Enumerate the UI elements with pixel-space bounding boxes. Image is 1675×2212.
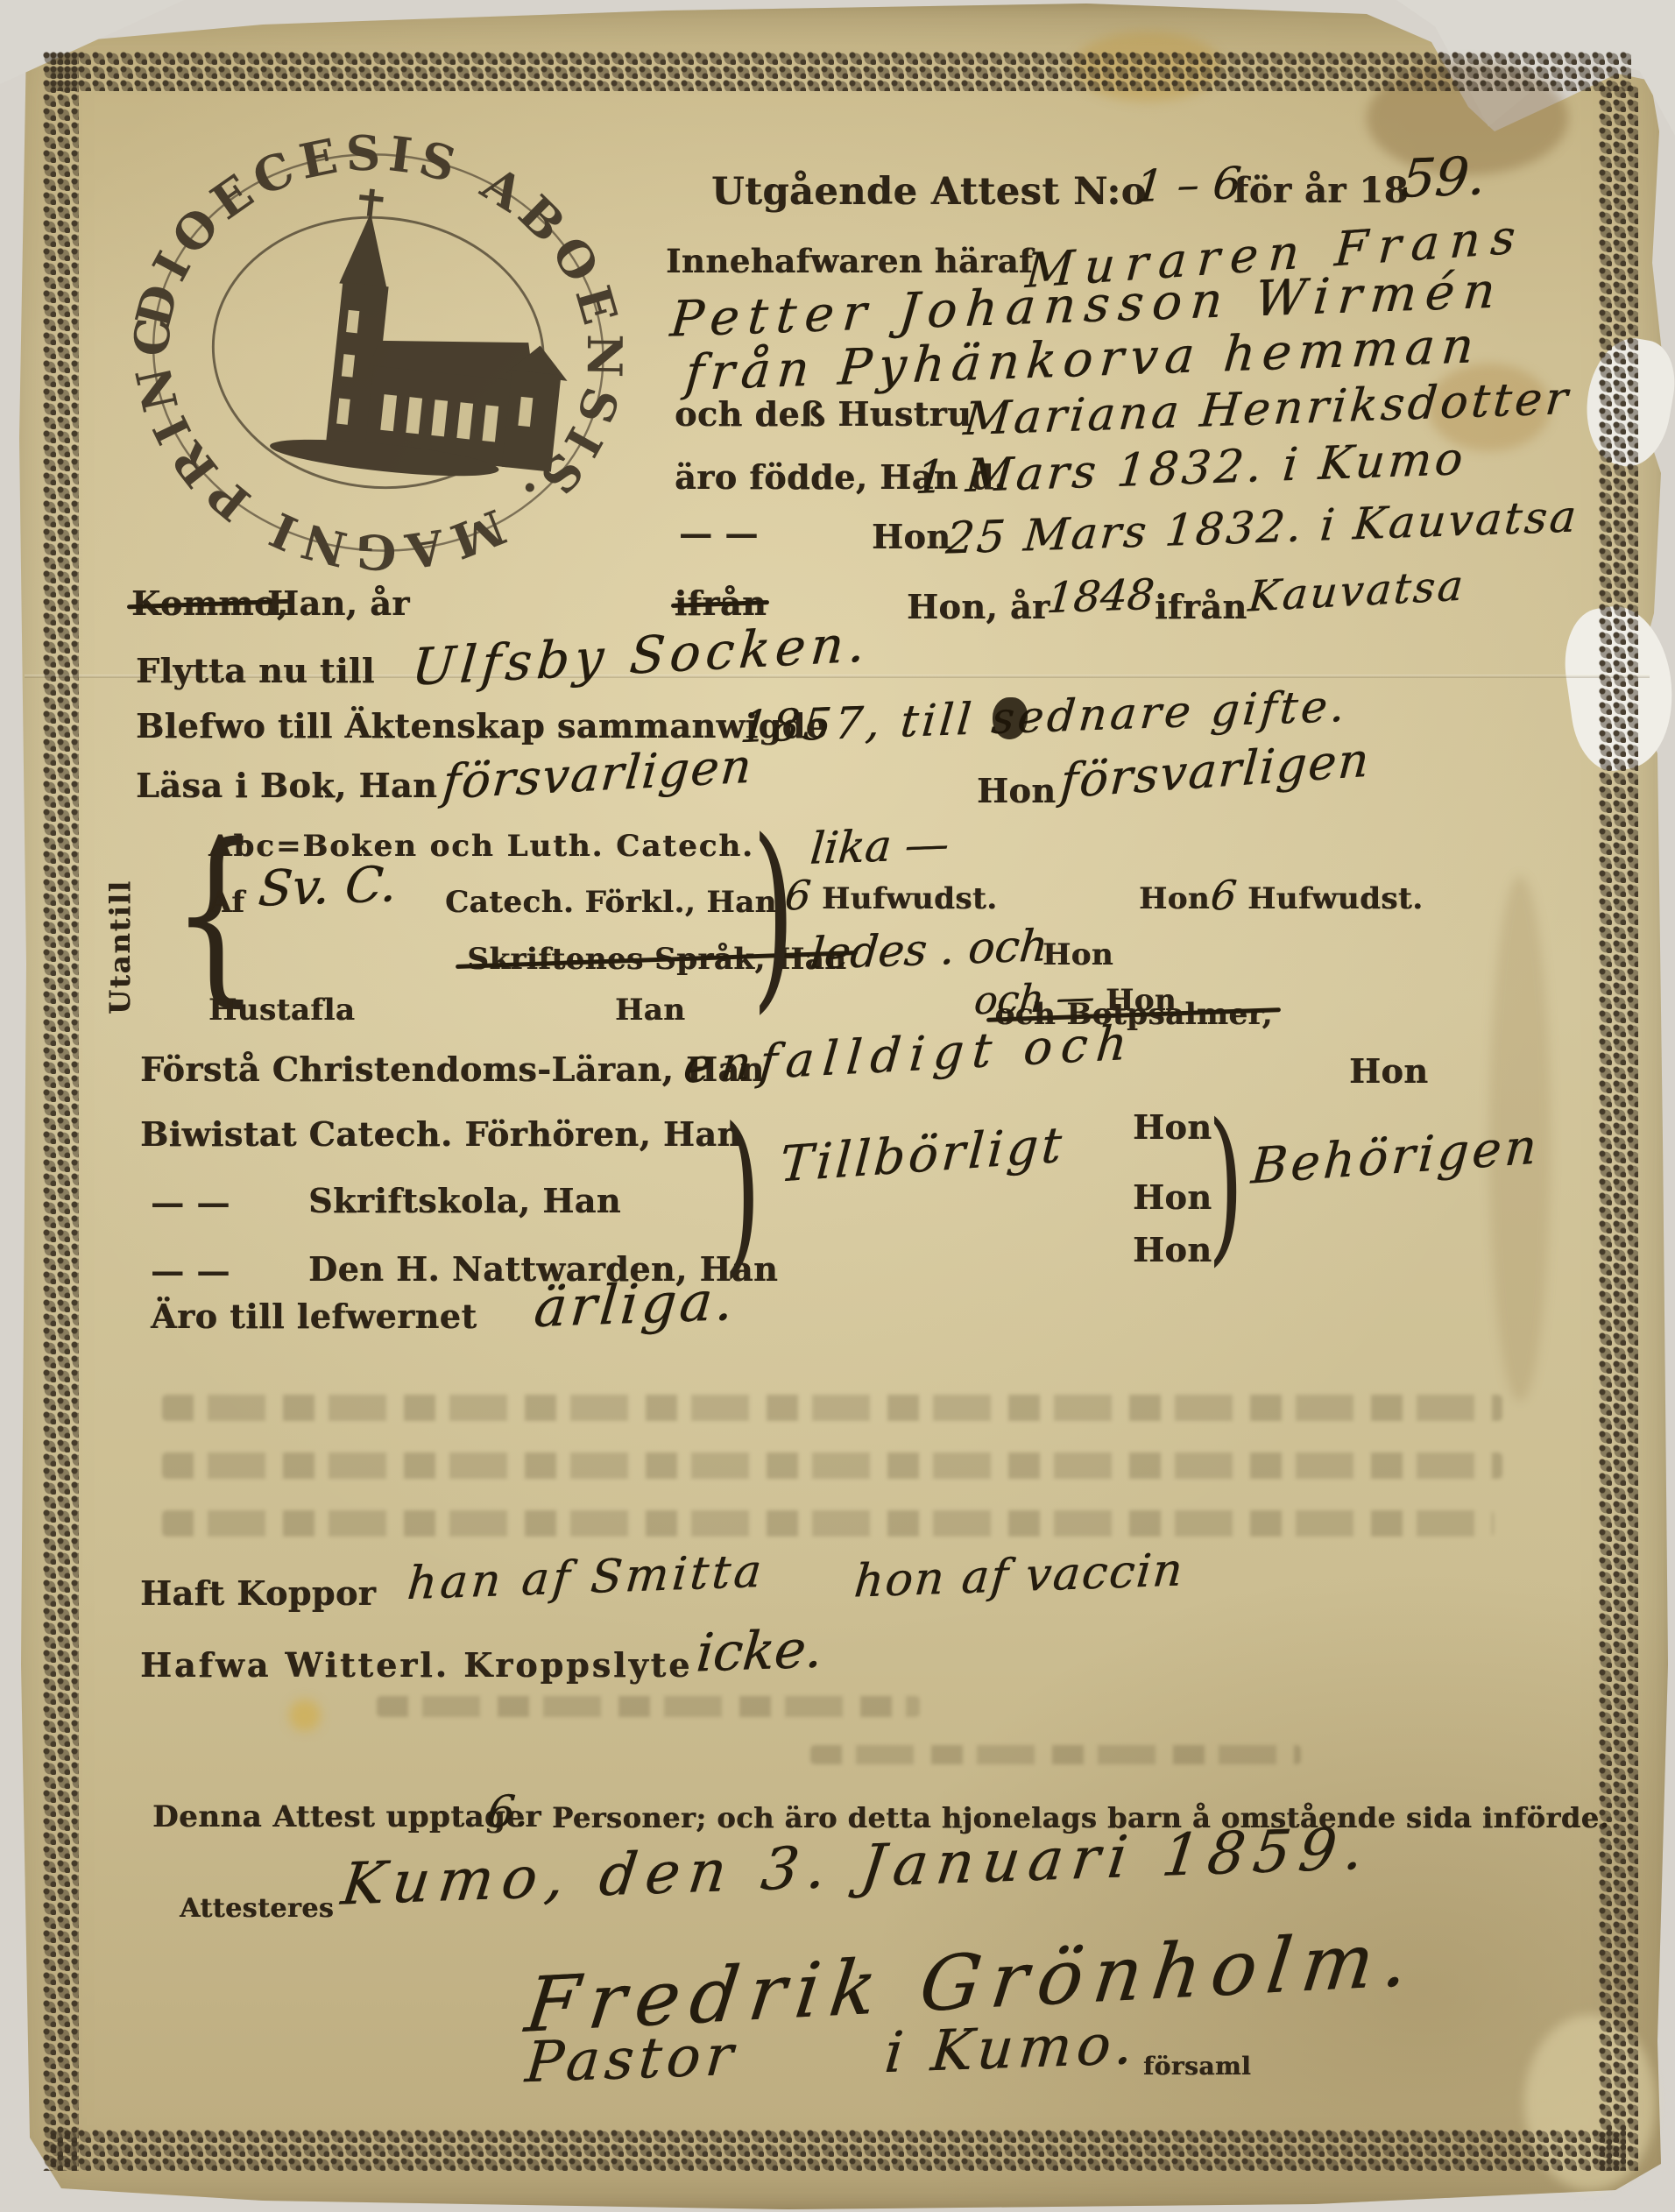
stain: [289, 1700, 321, 1731]
conduct-label: Äro till lefwernet: [151, 1298, 477, 1335]
smallpox-label: Haft Koppor: [140, 1575, 376, 1612]
attest-year: 59.: [1399, 149, 1488, 208]
bleed-through-text: [162, 1395, 1502, 1421]
utantill-row-abc: Abc=Boken och Luth. Catech.: [208, 830, 754, 863]
attendance-hon-1: Hon: [1133, 1109, 1212, 1146]
utantill-row-hustafla: Hustafla: [208, 994, 355, 1027]
body-defect-value: icke.: [694, 1622, 824, 1681]
move-to-label: Flytta nu till: [136, 653, 375, 689]
christianity-hon-label: Hon: [1349, 1053, 1428, 1090]
bleed-through-text: [162, 1510, 1494, 1537]
reading-label: Läsa i Bok, Han: [136, 767, 437, 804]
reading-hon-label: Hon: [977, 773, 1056, 809]
attendance-dash-2: — —: [151, 1253, 230, 1290]
utantill-her-hufwudst: Hufwudst.: [1247, 883, 1423, 915]
kommo-hon-label: Hon, år: [907, 589, 1050, 625]
hon-group-close-brace: ): [1208, 1102, 1244, 1269]
kommo-label-struck: Kommo,: [131, 583, 289, 623]
smallpox-hers: hon af vaccin: [852, 1546, 1186, 1606]
kommo-ifran-struck: ifrån: [675, 583, 767, 623]
document-photo: DIOECESIS ABOENSIS. MAGNI PRINC. FINL.: [0, 0, 1675, 2212]
utantill-hon1: Hon: [1139, 883, 1210, 915]
utantill-row-af: Af: [208, 887, 244, 919]
kommo-hon-year: 1848: [1045, 573, 1156, 621]
utantill-lika: lika —: [809, 821, 951, 872]
holder-label: Innehafwaren häraf: [666, 244, 1033, 279]
utantill-row-han: Han: [615, 994, 685, 1027]
utantill-her-num: 6: [1209, 873, 1239, 916]
signature-title-printed: församl: [1143, 2053, 1251, 2081]
body-defect-label: Hafwa Witterl. Kroppslyte: [140, 1647, 692, 1684]
utantill-hon2: Hon: [1042, 939, 1113, 972]
christianity-label: Förstå Christendoms-Läran, Han: [140, 1051, 765, 1088]
conduct-value: ärliga.: [532, 1272, 739, 1336]
attendance-dash-1: — —: [151, 1184, 230, 1221]
bleed-through-text: [162, 1452, 1502, 1479]
born-dash: — —: [679, 515, 759, 552]
utantill-his-num: 6: [783, 873, 813, 916]
utantill-och: och —: [972, 978, 1096, 1022]
signature-title-1: Pastor: [523, 2027, 740, 2094]
attendance-row-skriftskola: Skriftskola, Han: [308, 1183, 621, 1219]
kommo-hon-place: Kauvatsa: [1247, 563, 1467, 619]
summary-pre: Denna Attest upptager: [152, 1801, 541, 1834]
attendance-close-brace: ): [724, 1106, 761, 1281]
ornamental-border-top: [49, 51, 1631, 91]
utantill-side-label: Utantill: [105, 880, 136, 1014]
summary-count: 6.: [485, 1788, 531, 1835]
ornamental-border-bottom: [49, 2129, 1626, 2171]
attest-place-label: Attesteres: [180, 1894, 334, 1923]
attendance-hon-3: Hon: [1133, 1232, 1212, 1269]
wife-label: och deß Hustru: [675, 396, 972, 433]
attendance-row-forhoren: Biwistat Catech. Förhören, Han: [140, 1116, 742, 1153]
attest-title-year-label: för år 18: [1233, 172, 1409, 210]
utantill-ledes: ledes . och: [809, 922, 1050, 977]
attendance-hon-2: Hon: [1133, 1179, 1212, 1216]
signature-title-2: i Kumo.: [882, 2016, 1141, 2084]
bleed-through-text: [377, 1696, 920, 1717]
smallpox-his: han af Smitta: [406, 1548, 767, 1608]
diocese-seal: DIOECESIS ABOENSIS. MAGNI PRINC. FINL.: [74, 84, 682, 618]
attest-title: Utgående Attest N:o: [711, 172, 1147, 213]
attest-number: 1 – 6: [1134, 160, 1243, 210]
utantill-row-af-rest: Catech. Förkl., Han: [445, 887, 777, 919]
kommo-hon-ifran: ifrån: [1155, 589, 1247, 625]
utantill-hon3: Hon: [1106, 985, 1177, 1017]
kommo-label: Han, år: [267, 585, 410, 622]
bleed-through-text: [810, 1745, 1301, 1764]
ornamental-border-left: [42, 51, 79, 2171]
utantill-his-hufwudst: Hufwudst.: [822, 883, 997, 915]
ornamental-border-right: [1598, 84, 1638, 2171]
born-her-label: Hon: [872, 519, 951, 555]
utantill-row-af-hw: Sv. C.: [256, 859, 399, 916]
